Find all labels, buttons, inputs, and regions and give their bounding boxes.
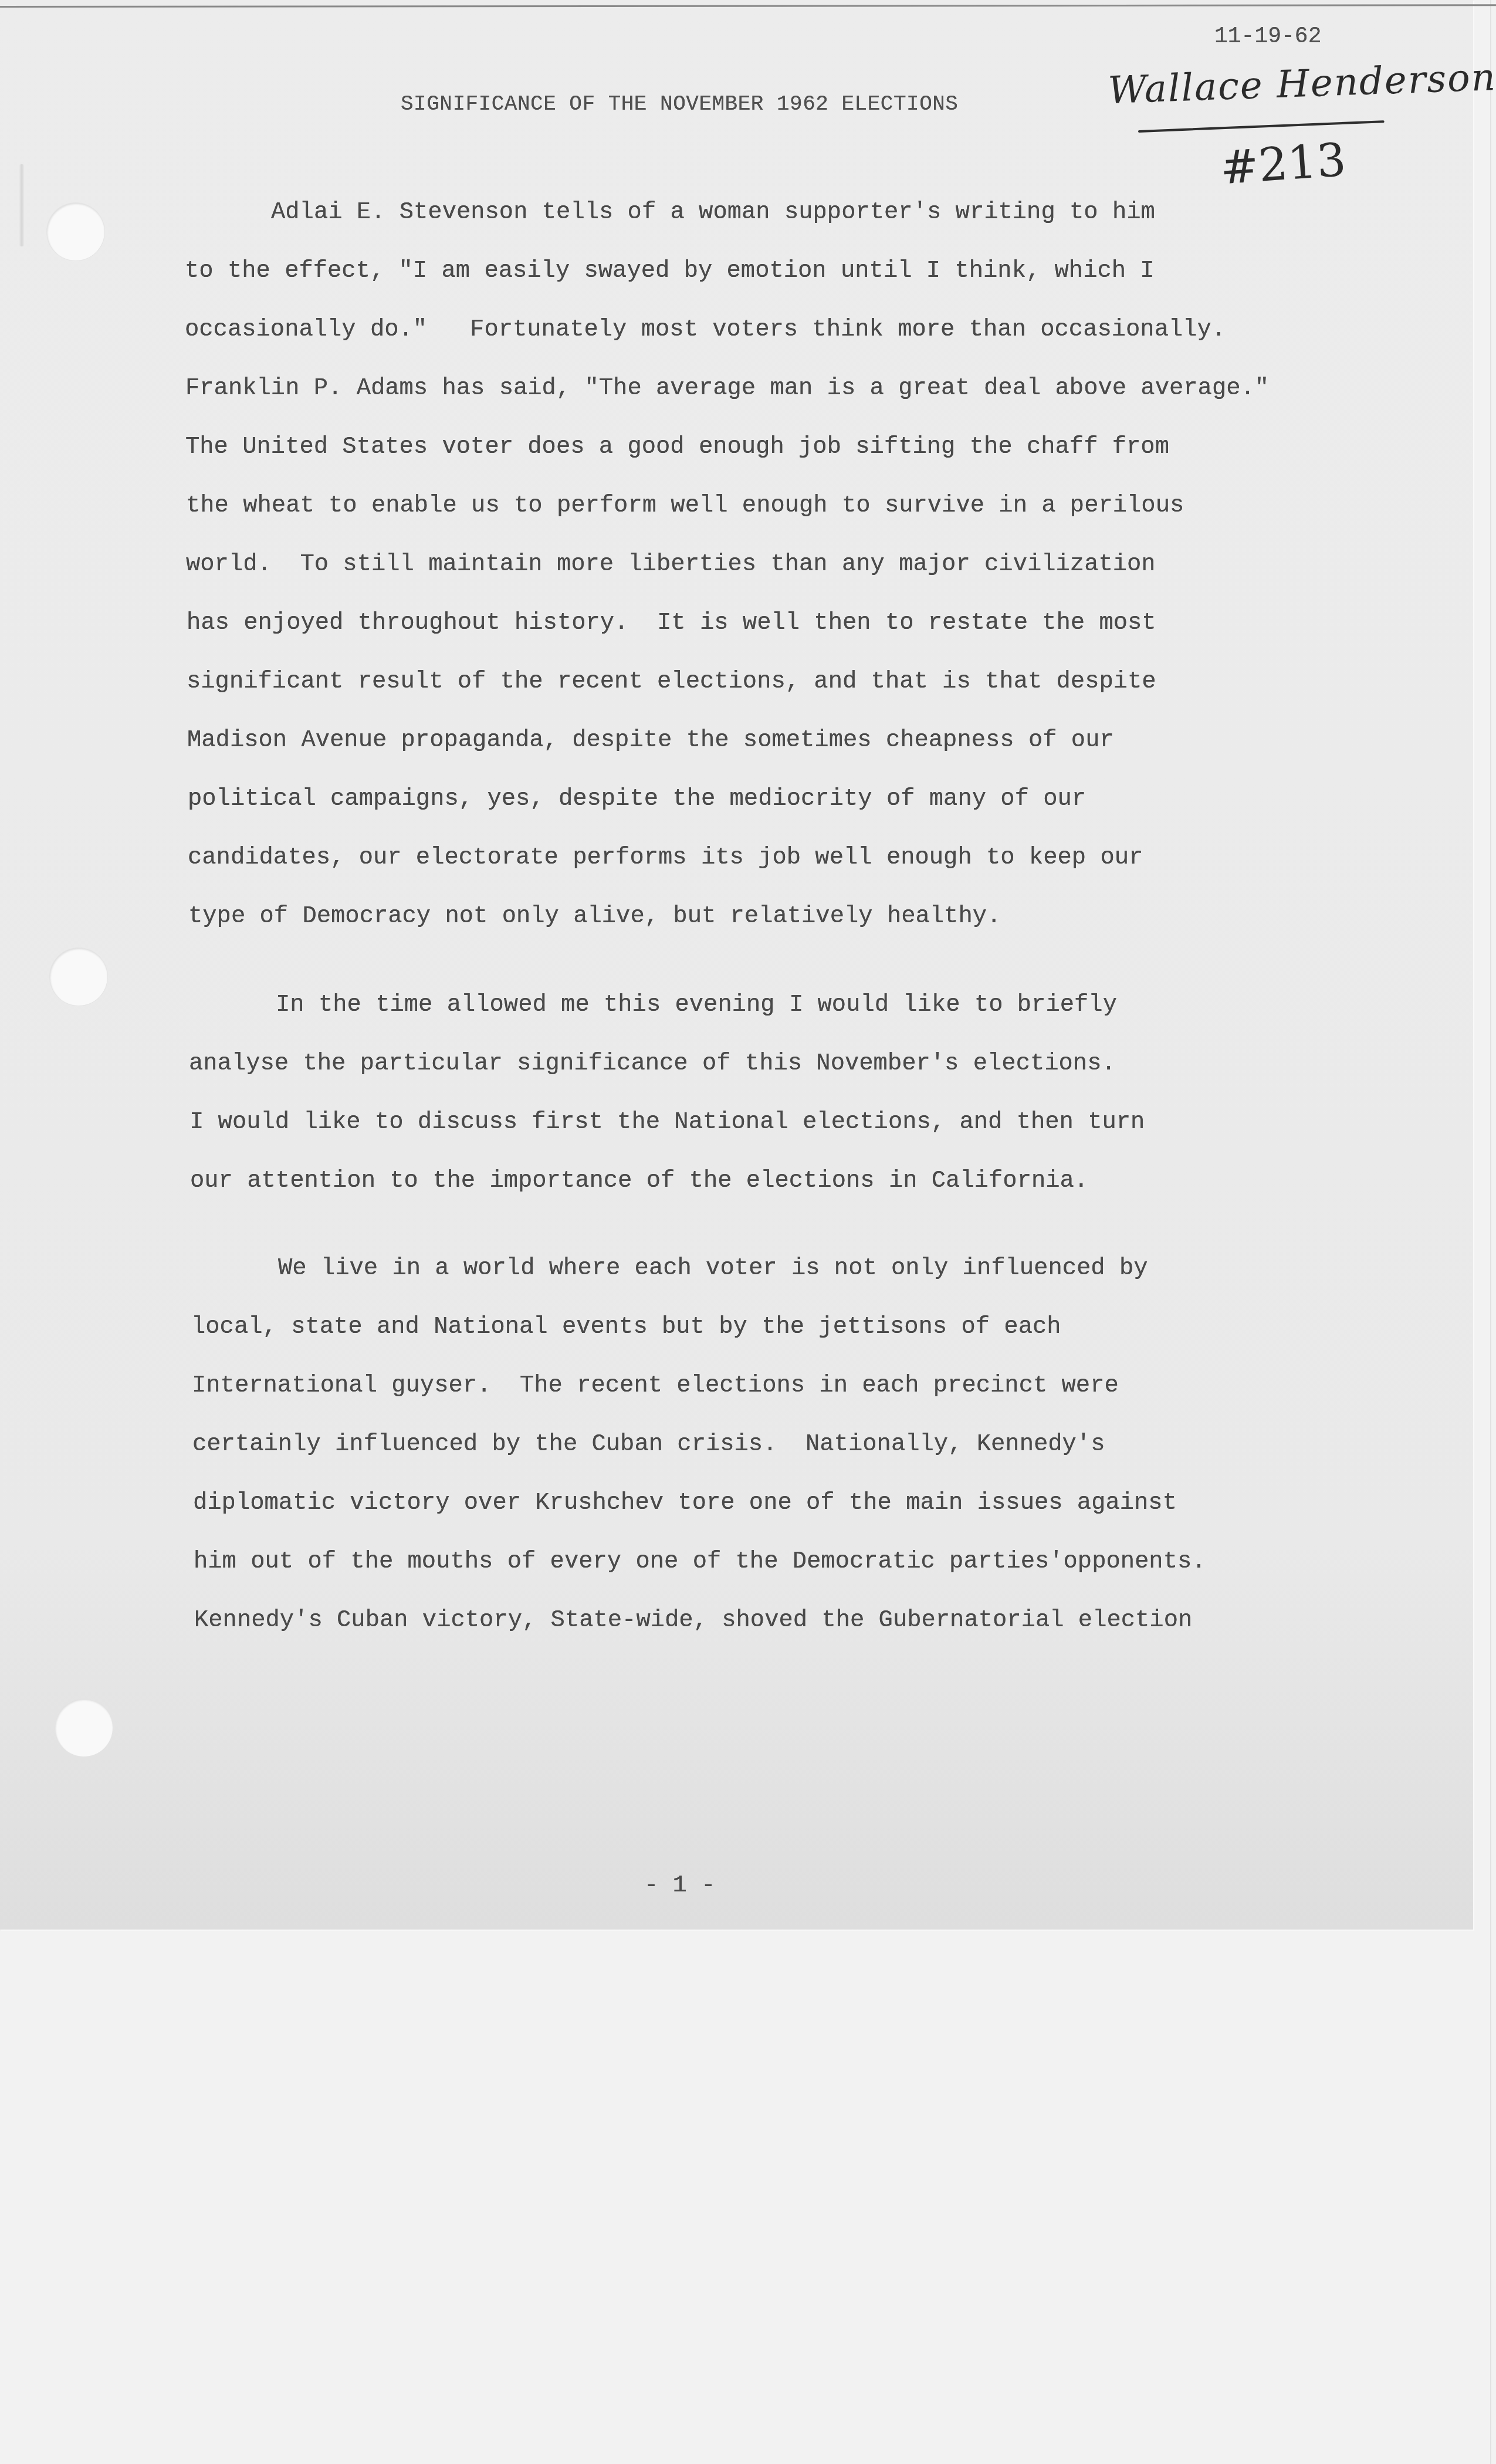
text-line: The United States voter does a good enou… — [185, 435, 1169, 459]
text-line: Madison Avenue propaganda, despite the s… — [187, 729, 1114, 753]
signature-underline — [1138, 120, 1385, 133]
text-line: analyse the particular significance of t… — [189, 1052, 1116, 1076]
text-line: political campaigns, yes, despite the me… — [188, 787, 1086, 811]
punch-hole-middle — [50, 948, 107, 1006]
text-line: International guyser. The recent electio… — [192, 1374, 1119, 1398]
text-line: In the time allowed me this evening I wo… — [276, 993, 1117, 1017]
text-line: certainly influenced by the Cuban crisis… — [192, 1433, 1105, 1457]
text-line: him out of the mouths of every one of th… — [194, 1550, 1206, 1574]
document-title: SIGNIFICANCE OF THE NOVEMBER 1962 ELECTI… — [401, 94, 958, 115]
handwritten-document-number: #213 — [1219, 134, 1348, 195]
text-line: to the effect, "I am easily swayed by em… — [185, 259, 1155, 283]
staple-mark — [19, 164, 24, 246]
text-line: diplomatic victory over Krushchev tore o… — [193, 1491, 1177, 1515]
text-line: I would like to discuss first the Nation… — [189, 1111, 1145, 1135]
text-line: significant result of the recent electio… — [187, 670, 1156, 694]
punch-hole-bottom — [55, 1699, 113, 1756]
page-number: - 1 - — [644, 1874, 716, 1898]
text-line: has enjoyed throughout history. It is we… — [187, 611, 1156, 635]
text-line: type of Democracy not only alive, but re… — [188, 905, 1001, 929]
handwritten-author-signature: Wallace Henderson — [1107, 56, 1496, 113]
text-line: We live in a world where each voter is n… — [278, 1257, 1148, 1281]
document-page: 11-19-62 SIGNIFICANCE OF THE NOVEMBER 19… — [0, 0, 1473, 1930]
text-line: Adlai E. Stevenson tells of a woman supp… — [271, 201, 1155, 225]
text-line: local, state and National events but by … — [191, 1315, 1061, 1339]
text-line: the wheat to enable us to perform well e… — [186, 494, 1184, 518]
document-date: 11-19-62 — [1214, 26, 1321, 48]
text-line: candidates, our electorate performs its … — [188, 846, 1143, 870]
punch-hole-top — [47, 203, 104, 260]
text-line: our attention to the importance of the e… — [190, 1169, 1088, 1193]
page-top-edge — [0, 4, 1496, 8]
text-line: Kennedy's Cuban victory, State-wide, sho… — [194, 1609, 1192, 1633]
scanner-edge-line — [1490, 0, 1491, 2464]
text-line: world. To still maintain more liberties … — [186, 553, 1156, 577]
text-line: occasionally do." Fortunately most voter… — [185, 318, 1226, 342]
text-line: Franklin P. Adams has said, "The average… — [185, 377, 1269, 401]
